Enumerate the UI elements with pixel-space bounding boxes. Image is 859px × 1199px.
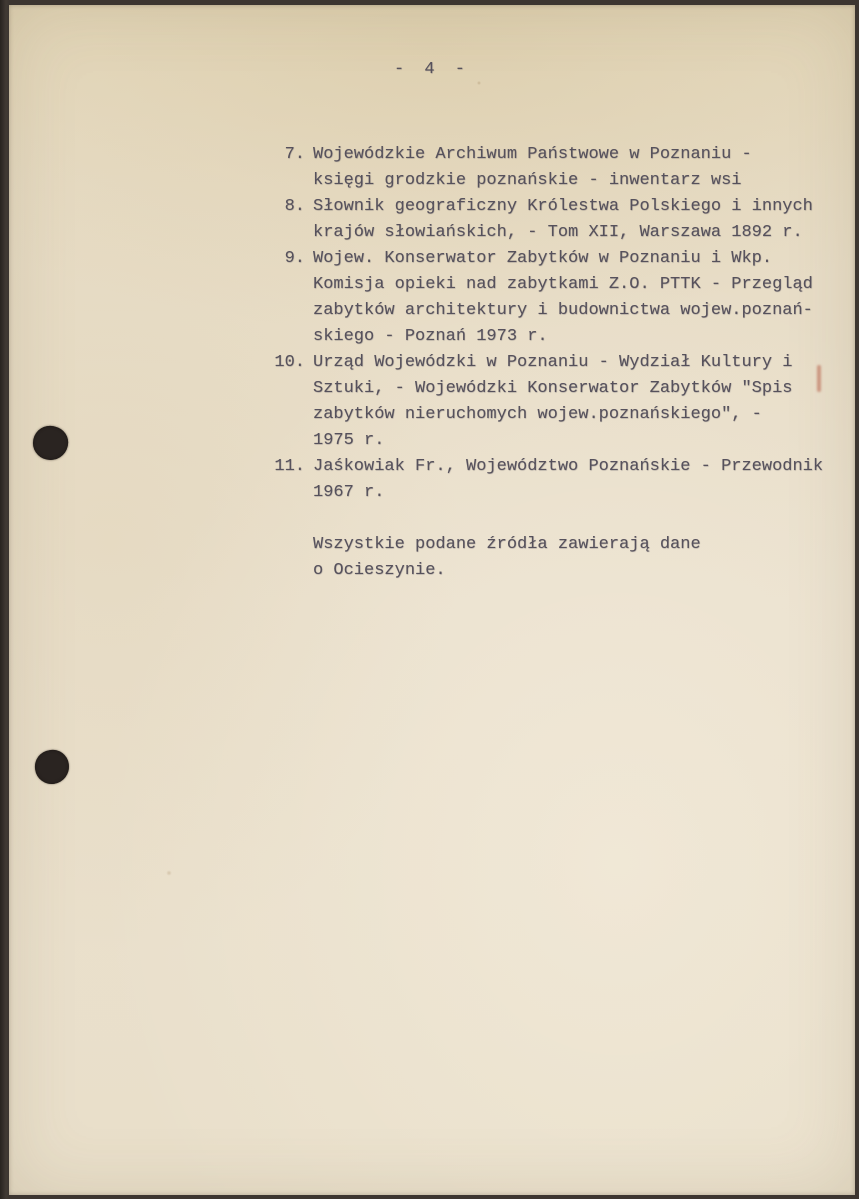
bibliography-line: Wojew. Konserwator Zabytków w Poznaniu i… <box>313 246 839 272</box>
bibliography-list: 7. Wojewódzkie Archiwum Państwowe w Pozn… <box>269 142 839 584</box>
page-number: - 4 - <box>394 57 470 83</box>
bibliography-item-number: 8. <box>269 194 313 246</box>
bibliography-item-number: 11. <box>269 454 313 506</box>
closing-note-line: o Ocieszynie. <box>313 558 839 584</box>
bibliography-line: Wojewódzkie Archiwum Państwowe w Poznani… <box>313 142 839 168</box>
bibliography-line: zabytków architektury i budownictwa woje… <box>313 298 839 324</box>
bibliography-line: 1967 r. <box>313 480 839 506</box>
bibliography-item-number: 10. <box>269 350 313 454</box>
scanned-document: - 4 - 7. Wojewódzkie Archiwum Państwowe … <box>0 0 859 1199</box>
bibliography-line: krajów słowiańskich, - Tom XII, Warszawa… <box>313 220 839 246</box>
bibliography-item-text: Wojewódzkie Archiwum Państwowe w Poznani… <box>313 142 839 194</box>
bibliography-item-text: Słownik geograficzny Królestwa Polskiego… <box>313 194 839 246</box>
bibliography-line: Słownik geograficzny Królestwa Polskiego… <box>313 194 839 220</box>
bibliography-item-text: Jaśkowiak Fr., Województwo Poznańskie - … <box>313 454 839 506</box>
bibliography-entry: 8. Słownik geograficzny Królestwa Polski… <box>269 194 839 246</box>
closing-note-line: Wszystkie podane źródła zawierają dane <box>313 532 839 558</box>
bibliography-line: Jaśkowiak Fr., Województwo Poznańskie - … <box>313 454 839 480</box>
bibliography-line: skiego - Poznań 1973 r. <box>313 324 839 350</box>
bibliography-line: zabytków nieruchomych wojew.poznańskiego… <box>313 402 839 428</box>
bibliography-entry: 9. Wojew. Konserwator Zabytków w Poznani… <box>269 246 839 350</box>
bibliography-line: Komisja opieki nad zabytkami Z.O. PTTK -… <box>313 272 839 298</box>
bibliography-line: Sztuki, - Wojewódzki Konserwator Zabytkó… <box>313 376 839 402</box>
bibliography-item-number: 9. <box>269 246 313 350</box>
bibliography-entry: 7. Wojewódzkie Archiwum Państwowe w Pozn… <box>269 142 839 194</box>
bibliography-line: księgi grodzkie poznańskie - inwentarz w… <box>313 168 839 194</box>
bibliography-entry: 10. Urząd Wojewódzki w Poznaniu - Wydzia… <box>269 350 839 454</box>
closing-note: Wszystkie podane źródła zawierają dane o… <box>313 532 839 584</box>
bibliography-line: 1975 r. <box>313 428 839 454</box>
bibliography-item-text: Urząd Wojewódzki w Poznaniu - Wydział Ku… <box>313 350 839 454</box>
bibliography-item-number: 7. <box>269 142 313 194</box>
bibliography-entry: 11. Jaśkowiak Fr., Województwo Poznański… <box>269 454 839 506</box>
bibliography-item-text: Wojew. Konserwator Zabytków w Poznaniu i… <box>313 246 839 350</box>
bibliography-line: Urząd Wojewódzki w Poznaniu - Wydział Ku… <box>313 350 839 376</box>
